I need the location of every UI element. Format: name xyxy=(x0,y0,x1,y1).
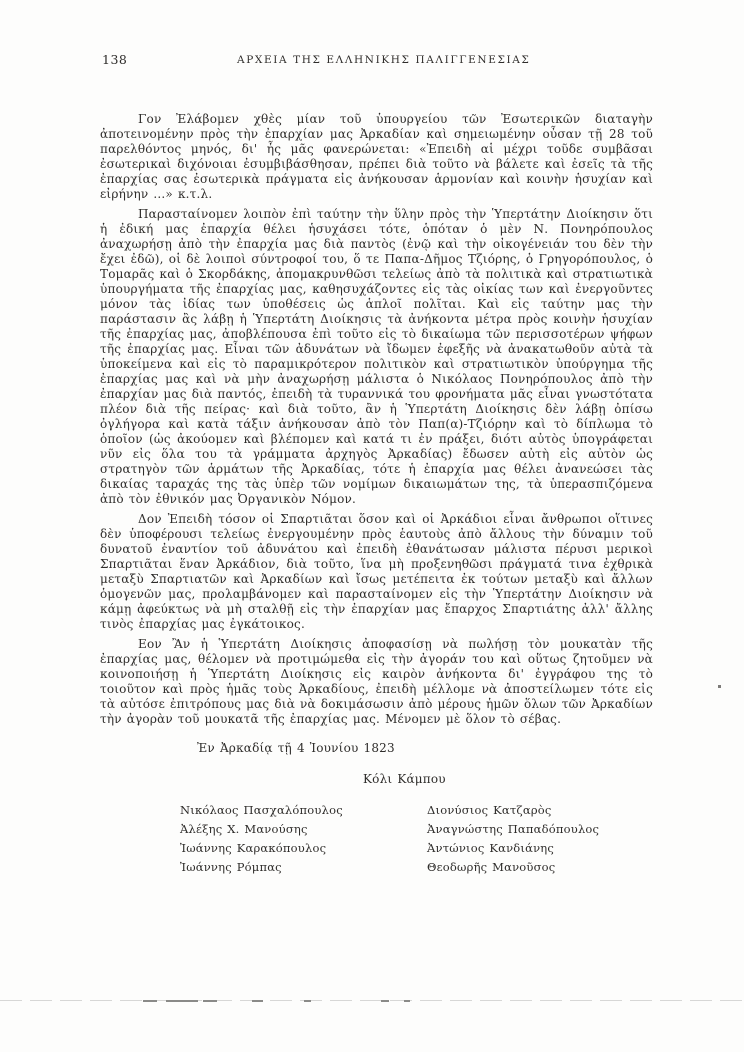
signature-block: Νικόλαος Πασχαλόπουλος Ἀλέξης Χ. Μανούση… xyxy=(100,801,653,885)
scan-artifact-rule-segment xyxy=(304,1000,311,1002)
scan-artifact-rule-segment xyxy=(381,1000,389,1002)
scan-artifact-rule-segment xyxy=(166,1000,198,1002)
signatures-right-column: Διονύσιος Κατζαρὸς Ἀναγνώστης Παπαδόπουλ… xyxy=(427,801,599,877)
document-body: Γον Ἐλάβομεν χθὲς μίαν τοῦ ὑπουργείου τῶ… xyxy=(100,112,653,885)
scan-artifact-rule-segment xyxy=(203,1000,217,1002)
dateline: Ἐν Ἀρκαδίᾳ τῇ 4 Ἰουνίου 1823 xyxy=(100,741,653,756)
signatures-left-column: Νικόλαος Πασχαλόπουλος Ἀλέξης Χ. Μανούση… xyxy=(180,801,343,877)
scan-artifact-rule-segment xyxy=(404,1000,410,1002)
signature: Νικόλαος Πασχαλόπουλος xyxy=(180,801,343,820)
scanned-document-page: 138 ΑΡΧΕΙΑ ΤΗΣ ΕΛΛΗΝΙΚΗΣ ΠΑΛΙΓΓΕΝΕΣΙΑΣ Γ… xyxy=(0,0,744,1052)
signature: Ἀλέξης Χ. Μανούσης xyxy=(180,820,343,839)
scan-artifact-speck xyxy=(718,685,721,688)
paragraph-1: Γον Ἐλάβομεν χθὲς μίαν τοῦ ὑπουργείου τῶ… xyxy=(100,112,653,202)
signature: Ἀναγνώστης Παπαδόπουλος xyxy=(427,820,599,839)
running-header-title: ΑΡΧΕΙΑ ΤΗΣ ΕΛΛΗΝΙΚΗΣ ΠΑΛΙΓΓΕΝΕΣΙΑΣ xyxy=(237,54,530,66)
scan-artifact-rule-segment xyxy=(252,1000,263,1002)
signature: Ἰωάννης Ρόμπας xyxy=(180,858,343,877)
signature: Θεοδωρῆς Μανοῦσος xyxy=(427,858,599,877)
paragraph-3: Δον Ἐπειδὴ τόσον οἱ Σπαρτιᾶται ὅσον καὶ … xyxy=(100,512,653,632)
scan-artifact-rule xyxy=(0,1000,744,1001)
signature: Ἀντώνιος Κανδιάνης xyxy=(427,839,599,858)
place-heading: Κόλι Κάμπου xyxy=(100,772,653,787)
scan-artifact-rule-segment xyxy=(143,1000,157,1002)
signature: Ἰωάννης Καρακόπουλος xyxy=(180,839,343,858)
paragraph-2: Παρασταίνομεν λοιπὸν ἐπὶ ταύτην τὴν ὕλην… xyxy=(100,207,653,507)
paragraph-4: Εον Ἂν ἡ Ὑπερτάτη Διοίκησις ἀποφασίσῃ νὰ… xyxy=(100,637,653,727)
page-number: 138 xyxy=(102,52,127,67)
signature: Διονύσιος Κατζαρὸς xyxy=(427,801,599,820)
